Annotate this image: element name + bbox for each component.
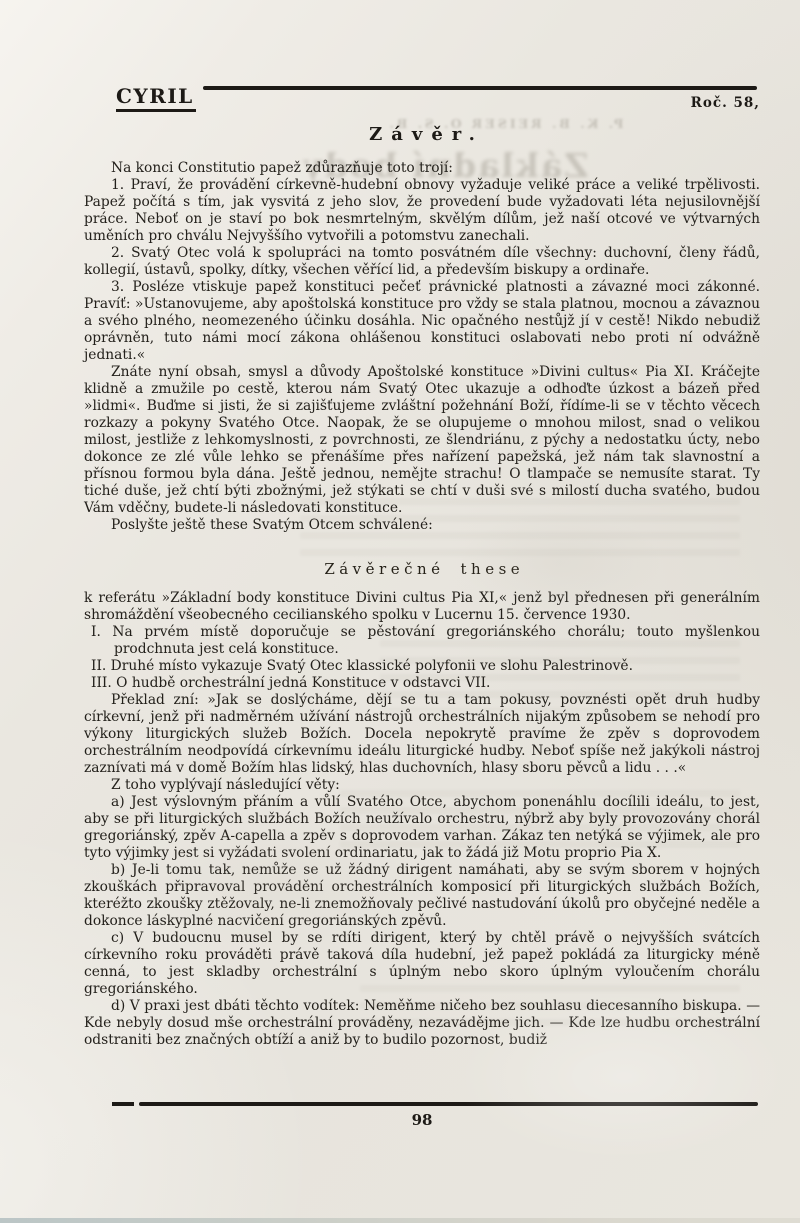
paragraph-conclusion-c: c) V budoucnu musel by se rdíti dirigent…: [84, 930, 760, 998]
paragraph-translation: Překlad zní: »Jak se doslýcháme, dějí se…: [84, 692, 760, 777]
document-page: P. K. B. REISER O. S. B. Základní body C…: [0, 0, 800, 1223]
paragraph-exhortation: Znáte nyní obsah, smysl a důvody Apoštol…: [84, 364, 760, 517]
issue-label: Roč. 58,: [691, 95, 760, 111]
paragraph-conclusion-a: a) Jest výslovným přáním a vůlí Svatého …: [84, 794, 760, 862]
paragraph-theses-lead: Poslyšte ještě these Svatým Otcem schvál…: [84, 517, 760, 534]
main-text-block: Závěr. Na konci Constitutio papež zdůraz…: [84, 126, 760, 534]
footer-rule: [112, 1102, 758, 1106]
theses-text-block: k referátu »Základní body konstituce Div…: [84, 590, 760, 1049]
paragraph-point-2: 2. Svatý Otec volá k spolupráci na tomto…: [84, 245, 760, 279]
paragraph-intro: Na konci Constitutio papež zdůrazňuje to…: [84, 160, 760, 177]
section-heading-theses: Závěrečné these: [84, 560, 760, 578]
paragraph-point-1: 1. Praví, že provádění církevně-hudební …: [84, 177, 760, 245]
thesis-item-2: II. Druhé místo vykazuje Svatý Otec klas…: [84, 658, 760, 675]
footer-rule-line: [139, 1102, 758, 1106]
paragraph-conclusion-d: d) V praxi jest dbáti těchto vodítek: Ne…: [84, 998, 760, 1049]
page-number: 98: [84, 1111, 760, 1129]
footer-rule-dash: [112, 1102, 134, 1106]
thesis-item-1: I. Na prvém místě doporučuje se pěstován…: [84, 624, 760, 658]
paragraph-theses-intro: k referátu »Základní body konstituce Div…: [84, 590, 760, 624]
paragraph-conclusion-b: b) Je-li tomu tak, nemůže se už žádný di…: [84, 862, 760, 930]
paragraph-point-3: 3. Posléze vtiskuje papež konstituci peč…: [84, 279, 760, 364]
thesis-item-3: III. O hudbě orchestrální jedná Konstitu…: [84, 675, 760, 692]
paragraph-conclusions-lead: Z toho vyplývají následující věty:: [84, 777, 760, 794]
article-title: Závěr.: [84, 126, 760, 143]
journal-name: CYRIL: [116, 84, 196, 112]
masthead-rule: [203, 86, 757, 90]
scan-edge: [0, 1218, 800, 1223]
